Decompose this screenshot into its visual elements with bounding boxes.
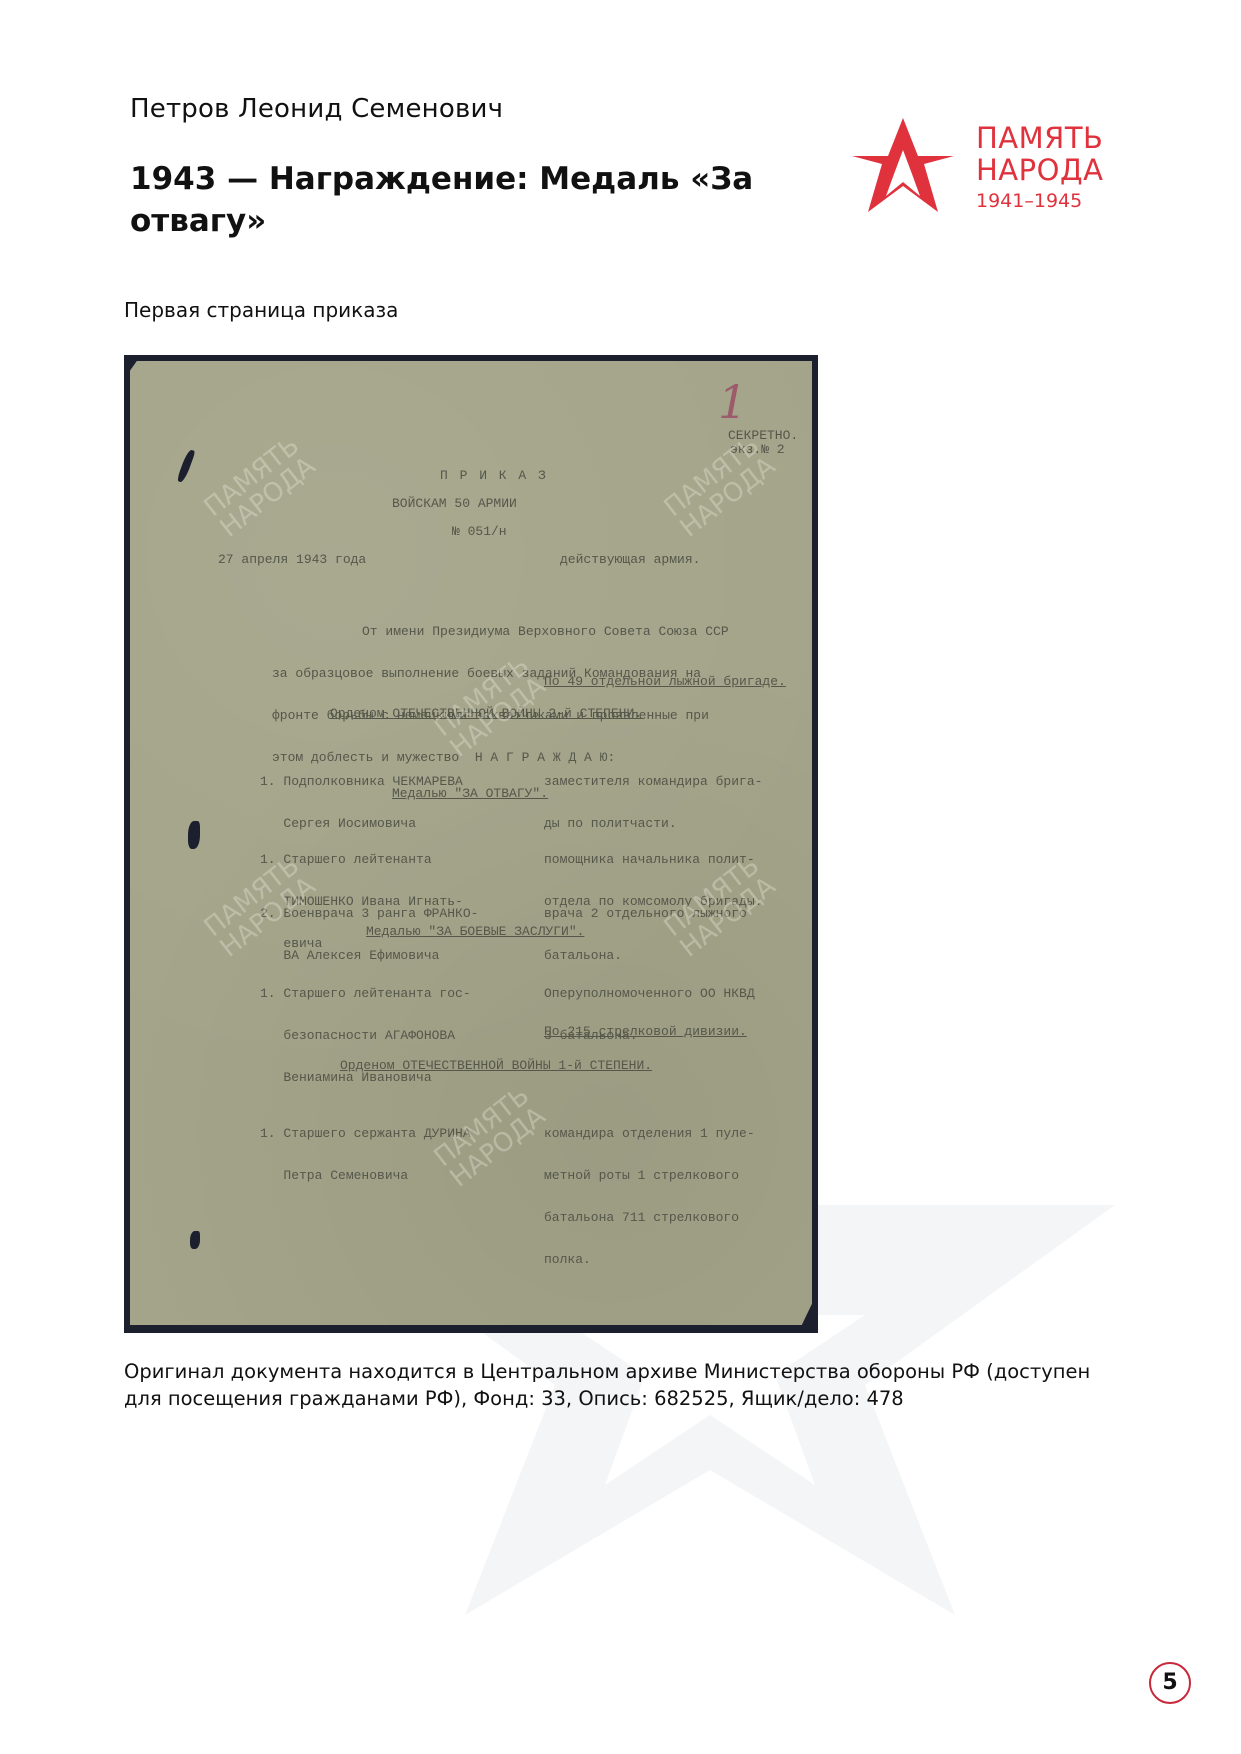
- document-scan-image[interactable]: 1 СЕКРЕТНО. экз.№ 2 П Р И К А З ВОЙСКАМ …: [124, 355, 818, 1333]
- page-title: 1943 — Награждение: Медаль «За отвагу»: [130, 158, 780, 242]
- award-type-heading: Медалью "ЗА БОЕВЫЕ ЗАСЛУГИ".: [366, 925, 584, 939]
- award-entry-right: Оперуполномоченного ОО НКВД 3 батальона.: [544, 959, 755, 1071]
- person-name: Петров Леонид Семенович: [130, 94, 503, 124]
- award-line: 1. Старшего сержанта ДУРИНА: [260, 1127, 471, 1141]
- logo-line-naroda: НАРОДА: [976, 154, 1103, 186]
- handwritten-page-number: 1: [718, 375, 747, 429]
- order-number: № 051/н: [452, 525, 507, 539]
- red-star-icon: [848, 112, 958, 217]
- punch-hole: [190, 1231, 200, 1249]
- order-subheading: ВОЙСКАМ 50 АРМИИ: [392, 497, 517, 511]
- award-line: 1. Старшего лейтенанта гос-: [260, 987, 471, 1001]
- award-line: безопасности АГАФОНОВА: [260, 1029, 471, 1043]
- watermark-text: ПАМЯТЬНАРОДА: [200, 432, 320, 542]
- award-type-heading: Медалью "ЗА ОТВАГУ".: [392, 787, 548, 801]
- unit-heading: По 215 стрелковой дивизии.: [544, 1025, 747, 1039]
- preamble-line: От имени Президиума Верховного Совета Со…: [272, 625, 729, 639]
- award-line: батальона 711 стрелкового: [544, 1211, 755, 1225]
- archive-source-caption: Оригинал документа находится в Центральн…: [124, 1358, 1124, 1412]
- page-number-badge: 5: [1149, 1662, 1191, 1704]
- award-entry-left: 1. Старшего лейтенанта гос- безопасности…: [260, 959, 471, 1113]
- logo-text: ПАМЯТЬ НАРОДА 1941–1945: [976, 122, 1103, 214]
- award-line: заместителя командира брига-: [544, 775, 762, 789]
- order-place: действующая армия.: [560, 553, 700, 567]
- unit-heading: По 49 отдельной лыжной бригаде.: [544, 675, 786, 689]
- order-heading: П Р И К А З: [440, 469, 548, 483]
- award-line: командира отделения 1 пуле-: [544, 1127, 755, 1141]
- document-paper: 1 СЕКРЕТНО. экз.№ 2 П Р И К А З ВОЙСКАМ …: [130, 361, 812, 1325]
- pamyat-naroda-logo[interactable]: ПАМЯТЬ НАРОДА 1941–1945: [848, 112, 1128, 222]
- award-line: Оперуполномоченного ОО НКВД: [544, 987, 755, 1001]
- award-type-heading: Орденом ОТЕЧЕСТВЕННОЙ ВОЙНЫ 1-й СТЕПЕНИ.: [340, 1059, 652, 1073]
- award-entry-right: командира отделения 1 пуле- метной роты …: [544, 1099, 755, 1295]
- award-line: Вениамина Ивановича: [260, 1071, 471, 1085]
- logo-years: 1941–1945: [976, 188, 1103, 214]
- award-line: метной роты 1 стрелкового: [544, 1169, 755, 1183]
- logo-line-pamyat: ПАМЯТЬ: [976, 122, 1103, 154]
- punch-hole: [188, 821, 200, 849]
- award-line: Петра Семеновича: [260, 1169, 471, 1183]
- paper-tear: [176, 449, 195, 484]
- award-line: полка.: [544, 1253, 755, 1267]
- section-label: Первая страница приказа: [124, 298, 398, 322]
- order-date: 27 апреля 1943 года: [218, 553, 366, 567]
